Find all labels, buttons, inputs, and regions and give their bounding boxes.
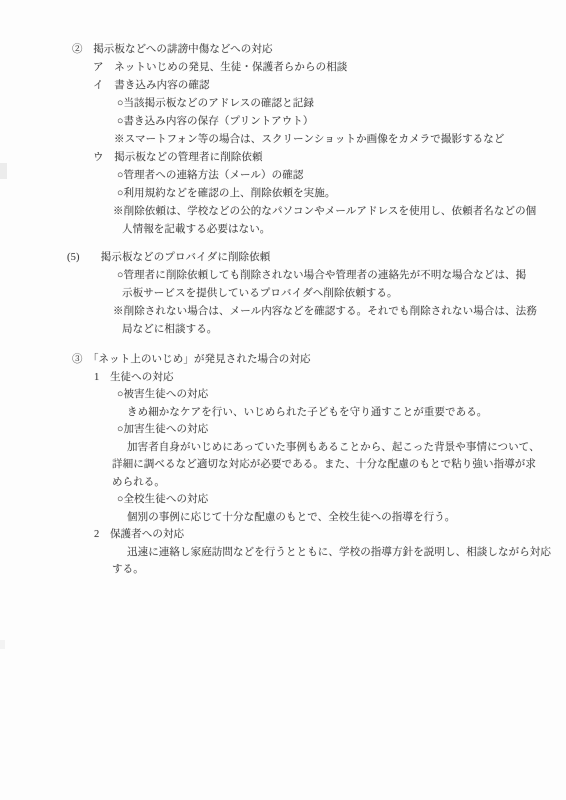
section-heading: ② 掲示板などへの誹謗中傷などへの対応 [72, 42, 273, 57]
note-continuation: 局などに相談する。 [122, 322, 217, 337]
bullet-line: ○全校生徒への対応 [117, 492, 208, 507]
body-continuation: められる。 [112, 475, 165, 490]
section-heading: ③ 「ネット上のいじめ」が発見された場合の対応 [72, 352, 311, 367]
sub-item: ウ 掲示板などの管理者に削除依頼 [93, 150, 263, 165]
scan-artifact [0, 640, 5, 649]
section-heading: (5) 掲示板などのプロバイダに削除依頼 [67, 250, 270, 265]
note-line: ※削除されない場合は、メール内容などを確認する。それでも削除されない場合は、法務 [113, 304, 537, 319]
bullet-line: ○管理者への連絡方法（メール）の確認 [117, 168, 303, 183]
bullet-line: ○加害生徒への対応 [117, 422, 208, 437]
sub-item: 1 生徒への対応 [94, 370, 174, 385]
note-line: ※スマートフォン等の場合は、スクリーンショットか画像をカメラで撮影するなど [114, 132, 504, 147]
bullet-line: ○書き込み内容の保存（プリントアウト） [117, 114, 314, 129]
sub-item: イ 書き込み内容の確認 [93, 78, 210, 93]
bullet-line: ○利用規約などを確認の上、削除依頼を実施。 [117, 186, 335, 201]
body-line: 加害者自身がいじめにあっていた事例もあることから、起こった背景や事情について、 [127, 440, 540, 455]
note-line: ※削除依頼は、学校などの公的なパソコンやメールアドレスを使用し、依頼者名などの個 [113, 204, 536, 219]
body-line: 迅速に連絡し家庭訪問などを行うとともに、学校の指導方針を説明し、相談しながら対応 [127, 545, 551, 560]
body-line: きめ細かなケアを行い、いじめられた子どもを守り通すことが重要である。 [127, 405, 487, 420]
sub-item: 2 保護者への対応 [94, 527, 184, 542]
body-continuation: 示板サービスを提供しているプロバイダへ削除依頼する。 [122, 286, 398, 301]
sub-item: ア ネットいじめの発見、生徒・保護者らからの相談 [93, 60, 347, 75]
scanned-document-page: ② 掲示板などへの誹謗中傷などへの対応 ア ネットいじめの発見、生徒・保護者らか… [0, 0, 566, 800]
body-continuation: 詳細に調べるなど適切な対応が必要である。また、十分な配慮のもとで粘り強い指導が求 [112, 457, 536, 472]
body-continuation: する。 [112, 562, 144, 577]
note-continuation: 人情報を記載する必要はない。 [122, 222, 270, 237]
body-line: 個別の事例に応じて十分な配慮のもとで、全校生徒への指導を行う。 [127, 510, 455, 525]
bullet-line: ○管理者に削除依頼しても削除されない場合や管理者の連絡先が不明な場合などは、掲 [117, 268, 526, 283]
scan-artifact [0, 163, 7, 179]
bullet-line: ○当該掲示板などのアドレスの確認と記録 [117, 96, 314, 111]
bullet-line: ○被害生徒への対応 [117, 387, 208, 402]
